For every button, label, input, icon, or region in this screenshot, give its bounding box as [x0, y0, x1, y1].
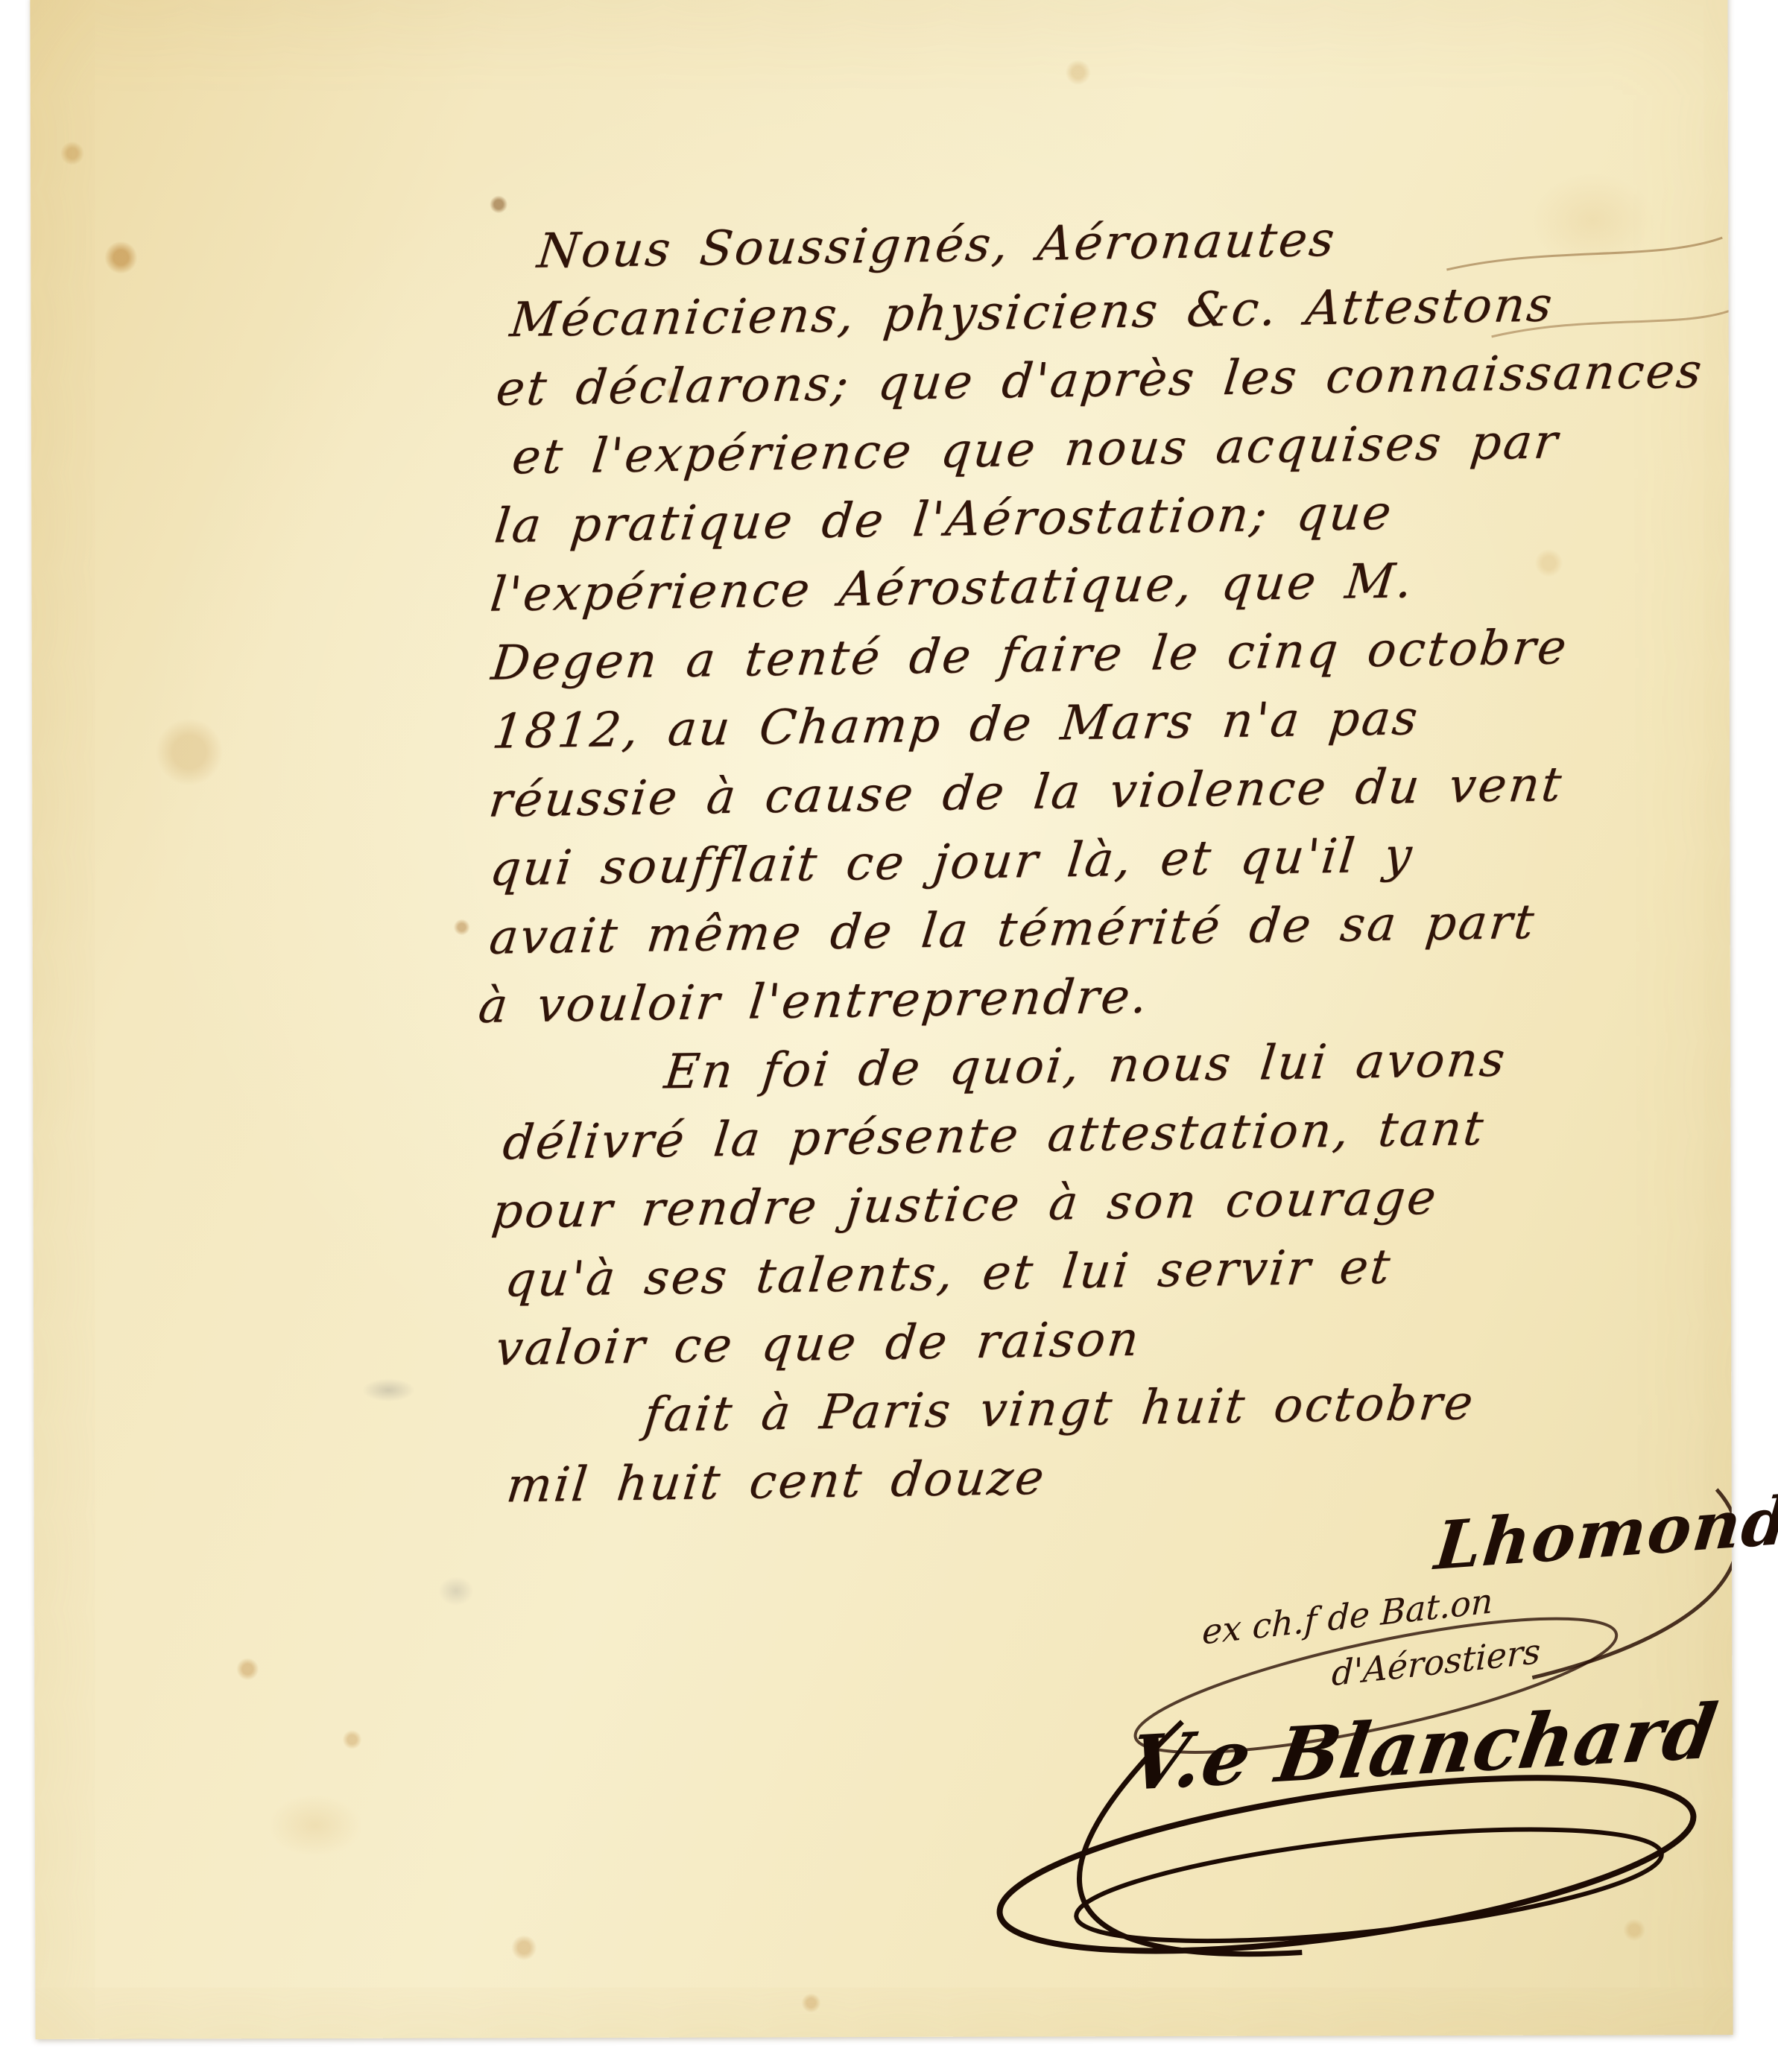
letter-body: Nous Soussignés, Aéronautes Mécaniciens,…: [445, 199, 1776, 1521]
scanner-background: Nous Soussignés, Aéronautes Mécaniciens,…: [0, 0, 1778, 2072]
letter-paper: Nous Soussignés, Aéronautes Mécaniciens,…: [30, 0, 1733, 2039]
signature-blanchard: V.e Blanchard: [1124, 1687, 1724, 1808]
signature-title-line2: d'Aérostiers: [1331, 1631, 1541, 1694]
